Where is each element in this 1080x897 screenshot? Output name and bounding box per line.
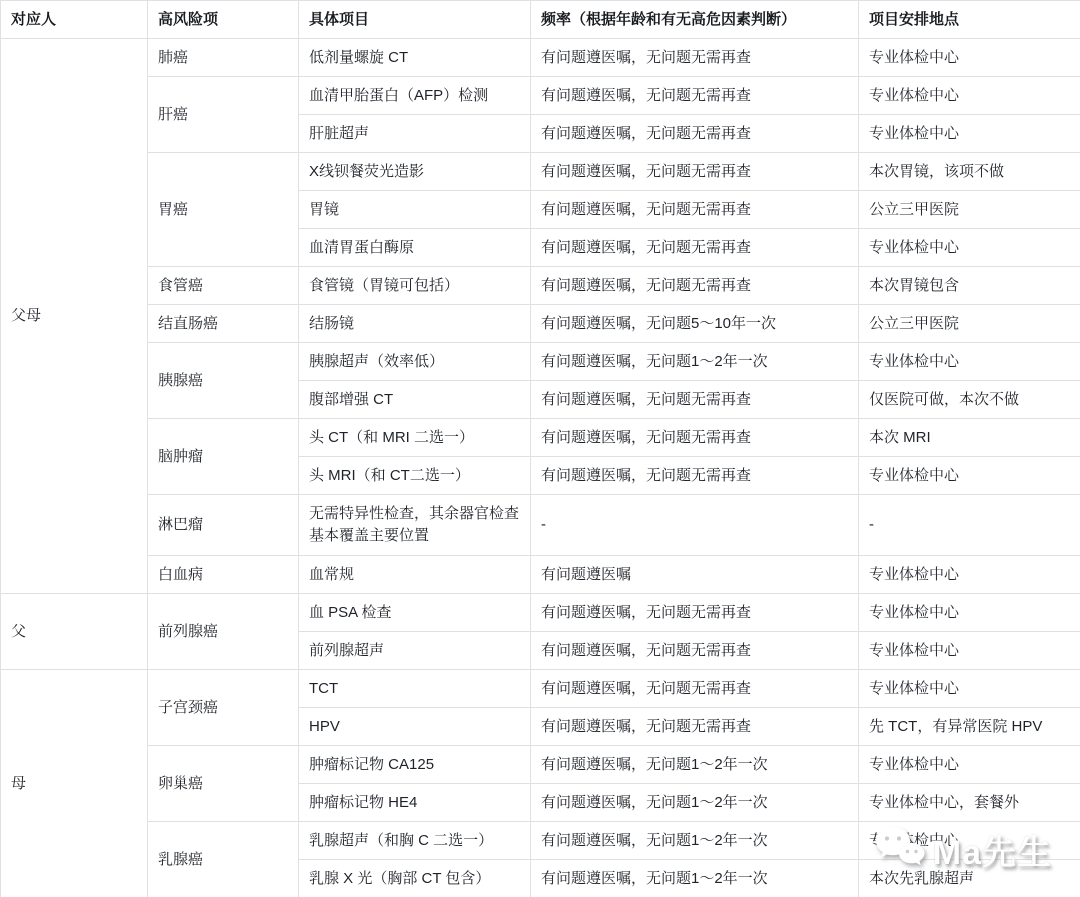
health-screening-table: 对应人 高风险项 具体项目 频率（根据年龄和有无高危因素判断） 项目安排地点 父… (0, 0, 1080, 897)
risk-cell: 胰腺癌 (148, 343, 299, 419)
location-cell: 先 TCT，有异常医院 HPV (859, 708, 1080, 746)
location-cell: 专业体检中心 (859, 115, 1080, 153)
risk-cell: 卵巢癌 (148, 746, 299, 822)
frequency-cell: 有问题遵医嘱，无问题无需再查 (531, 708, 859, 746)
table-row: 白血病 血常规 有问题遵医嘱 专业体检中心 (1, 556, 1080, 594)
risk-cell: 淋巴瘤 (148, 495, 299, 556)
item-cell: 胰腺超声（效率低） (299, 343, 531, 381)
col-header-risk: 高风险项 (148, 1, 299, 39)
table-row: 父 前列腺癌 血 PSA 检查 有问题遵医嘱，无问题无需再查 专业体检中心 (1, 594, 1080, 632)
location-cell: 公立三甲医院 (859, 305, 1080, 343)
location-cell: 本次胃镜包含 (859, 267, 1080, 305)
item-cell: 腹部增强 CT (299, 381, 531, 419)
item-cell: 血常规 (299, 556, 531, 594)
item-cell: 血清胃蛋白酶原 (299, 229, 531, 267)
table-row: 淋巴瘤 无需特异性检查，其余器官检查基本覆盖主要位置 - - (1, 495, 1080, 556)
risk-cell: 胃癌 (148, 153, 299, 267)
table-row: 父母 肺癌 低剂量螺旋 CT 有问题遵医嘱，无问题无需再查 专业体检中心 (1, 39, 1080, 77)
frequency-cell: 有问题遵医嘱，无问题1～2年一次 (531, 343, 859, 381)
item-cell: 肿瘤标记物 HE4 (299, 784, 531, 822)
frequency-cell: 有问题遵医嘱，无问题无需再查 (531, 670, 859, 708)
item-cell: 肝脏超声 (299, 115, 531, 153)
location-cell: 专业体检中心 (859, 39, 1080, 77)
location-cell: 专业体检中心 (859, 822, 1080, 860)
table-row: 结直肠癌 结肠镜 有问题遵医嘱，无问题5～10年一次 公立三甲医院 (1, 305, 1080, 343)
risk-cell: 脑肿瘤 (148, 419, 299, 495)
table-row: 食管癌 食管镜（胃镜可包括） 有问题遵医嘱，无问题无需再查 本次胃镜包含 (1, 267, 1080, 305)
frequency-cell: 有问题遵医嘱，无问题无需再查 (531, 39, 859, 77)
risk-cell: 白血病 (148, 556, 299, 594)
item-cell: 前列腺超声 (299, 632, 531, 670)
person-cell: 父 (1, 594, 148, 670)
frequency-cell: 有问题遵医嘱，无问题5～10年一次 (531, 305, 859, 343)
risk-cell: 肝癌 (148, 77, 299, 153)
location-cell: 仅医院可做，本次不做 (859, 381, 1080, 419)
person-cell: 父母 (1, 39, 148, 594)
frequency-cell: 有问题遵医嘱，无问题1～2年一次 (531, 746, 859, 784)
item-cell: 低剂量螺旋 CT (299, 39, 531, 77)
table-row: 乳腺癌 乳腺超声（和胸 C 二选一） 有问题遵医嘱，无问题1～2年一次 专业体检… (1, 822, 1080, 860)
location-cell: 专业体检中心 (859, 556, 1080, 594)
item-cell: 头 CT（和 MRI 二选一） (299, 419, 531, 457)
item-cell: 无需特异性检查，其余器官检查基本覆盖主要位置 (299, 495, 531, 556)
table-row: 卵巢癌 肿瘤标记物 CA125 有问题遵医嘱，无问题1～2年一次 专业体检中心 (1, 746, 1080, 784)
table-row: 胃癌 X线钡餐荧光造影 有问题遵医嘱，无问题无需再查 本次胃镜，该项不做 (1, 153, 1080, 191)
header-row: 对应人 高风险项 具体项目 频率（根据年龄和有无高危因素判断） 项目安排地点 (1, 1, 1080, 39)
person-cell: 母 (1, 670, 148, 897)
page: 对应人 高风险项 具体项目 频率（根据年龄和有无高危因素判断） 项目安排地点 父… (0, 0, 1080, 897)
col-header-location: 项目安排地点 (859, 1, 1080, 39)
item-cell: 食管镜（胃镜可包括） (299, 267, 531, 305)
table-row: 胰腺癌 胰腺超声（效率低） 有问题遵医嘱，无问题1～2年一次 专业体检中心 (1, 343, 1080, 381)
frequency-cell: 有问题遵医嘱，无问题无需再查 (531, 191, 859, 229)
location-cell: 本次先乳腺超声 (859, 860, 1080, 897)
item-cell: 乳腺超声（和胸 C 二选一） (299, 822, 531, 860)
location-cell: 专业体检中心 (859, 670, 1080, 708)
table-row: 母 子宫颈癌 TCT 有问题遵医嘱，无问题无需再查 专业体检中心 (1, 670, 1080, 708)
frequency-cell: 有问题遵医嘱，无问题无需再查 (531, 419, 859, 457)
frequency-cell: 有问题遵医嘱，无问题无需再查 (531, 381, 859, 419)
location-cell: 专业体检中心 (859, 77, 1080, 115)
frequency-cell: 有问题遵医嘱，无问题无需再查 (531, 457, 859, 495)
location-cell: 专业体检中心 (859, 343, 1080, 381)
col-header-person: 对应人 (1, 1, 148, 39)
location-cell: - (859, 495, 1080, 556)
item-cell: 血清甲胎蛋白（AFP）检测 (299, 77, 531, 115)
risk-cell: 食管癌 (148, 267, 299, 305)
frequency-cell: 有问题遵医嘱 (531, 556, 859, 594)
col-header-frequency: 频率（根据年龄和有无高危因素判断） (531, 1, 859, 39)
location-cell: 公立三甲医院 (859, 191, 1080, 229)
frequency-cell: 有问题遵医嘱，无问题无需再查 (531, 632, 859, 670)
item-cell: 血 PSA 检查 (299, 594, 531, 632)
item-cell: 胃镜 (299, 191, 531, 229)
frequency-cell: 有问题遵医嘱，无问题无需再查 (531, 229, 859, 267)
location-cell: 专业体检中心，套餐外 (859, 784, 1080, 822)
frequency-cell: 有问题遵医嘱，无问题1～2年一次 (531, 822, 859, 860)
frequency-cell: 有问题遵医嘱，无问题无需再查 (531, 594, 859, 632)
table-row: 脑肿瘤 头 CT（和 MRI 二选一） 有问题遵医嘱，无问题无需再查 本次 MR… (1, 419, 1080, 457)
item-cell: TCT (299, 670, 531, 708)
frequency-cell: 有问题遵医嘱，无问题无需再查 (531, 77, 859, 115)
item-cell: 乳腺 X 光（胸部 CT 包含） (299, 860, 531, 897)
item-cell: 头 MRI（和 CT二选一） (299, 457, 531, 495)
frequency-cell: 有问题遵医嘱，无问题无需再查 (531, 153, 859, 191)
risk-cell: 乳腺癌 (148, 822, 299, 897)
frequency-cell: 有问题遵医嘱，无问题无需再查 (531, 115, 859, 153)
location-cell: 本次胃镜，该项不做 (859, 153, 1080, 191)
item-cell: 肿瘤标记物 CA125 (299, 746, 531, 784)
table-row: 肝癌 血清甲胎蛋白（AFP）检测 有问题遵医嘱，无问题无需再查 专业体检中心 (1, 77, 1080, 115)
item-cell: HPV (299, 708, 531, 746)
location-cell: 专业体检中心 (859, 632, 1080, 670)
risk-cell: 子宫颈癌 (148, 670, 299, 746)
location-cell: 专业体检中心 (859, 229, 1080, 267)
risk-cell: 前列腺癌 (148, 594, 299, 670)
risk-cell: 肺癌 (148, 39, 299, 77)
frequency-cell: 有问题遵医嘱，无问题1～2年一次 (531, 784, 859, 822)
location-cell: 本次 MRI (859, 419, 1080, 457)
frequency-cell: 有问题遵医嘱，无问题无需再查 (531, 267, 859, 305)
location-cell: 专业体检中心 (859, 746, 1080, 784)
frequency-cell: 有问题遵医嘱，无问题1～2年一次 (531, 860, 859, 897)
location-cell: 专业体检中心 (859, 594, 1080, 632)
location-cell: 专业体检中心 (859, 457, 1080, 495)
item-cell: 结肠镜 (299, 305, 531, 343)
frequency-cell: - (531, 495, 859, 556)
risk-cell: 结直肠癌 (148, 305, 299, 343)
col-header-item: 具体项目 (299, 1, 531, 39)
item-cell: X线钡餐荧光造影 (299, 153, 531, 191)
